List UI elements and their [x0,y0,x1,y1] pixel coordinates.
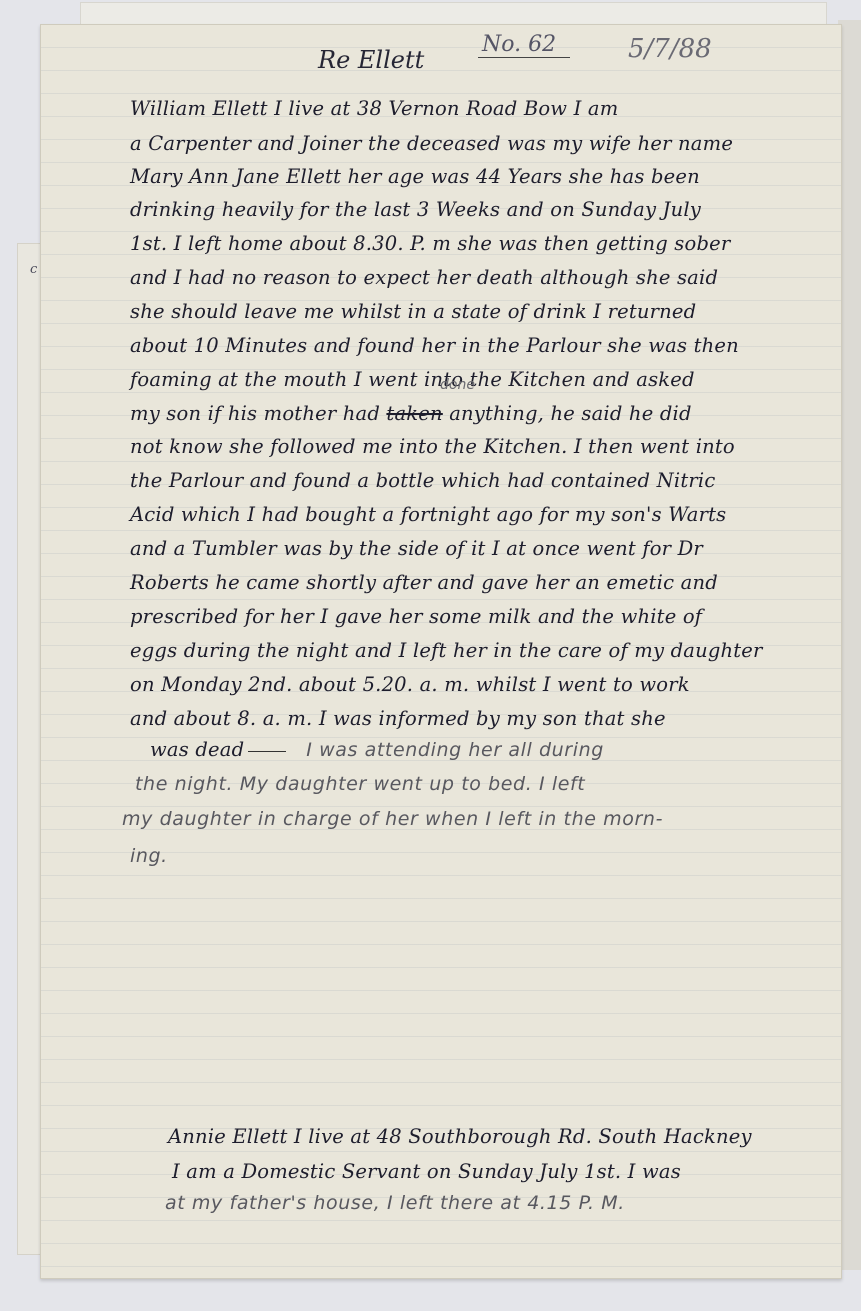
inserted-correction: done [440,377,475,393]
statement-line: Annie Ellett I live at 48 Southborough R… [168,1125,752,1148]
header-number: No. 62 [478,32,570,58]
statement-line: Acid which I had bought a fortnight ago … [130,503,726,526]
statement-line: was deadI was attending her all during [150,738,604,761]
statement-line: not know she followed me into the Kitche… [130,435,735,458]
statement-line: Roberts he came shortly after and gave h… [130,571,718,594]
statement-line: my son if his mother had taken anything,… [130,402,692,425]
pencil-addendum-line: ing. [130,845,168,867]
statement-line: and I had no reason to expect her death … [130,266,718,289]
statement-line: foaming at the mouth I went into the Kit… [130,368,695,391]
statement-line: and a Tumbler was by the side of it I at… [130,537,703,560]
statement-line: a Carpenter and Joiner the deceased was … [130,132,733,155]
statement-line: the Parlour and found a bottle which had… [130,469,715,492]
header-date: 5/7/88 [628,34,712,64]
statement-line: Mary Ann Jane Ellett her age was 44 Year… [130,165,700,188]
statement-line: on Monday 2nd. about 5.20. a. m. whilst … [130,673,690,696]
statement-line: 1st. I left home about 8.30. P. m she wa… [130,232,730,255]
statement-line: prescribed for her I gave her some milk … [130,605,702,628]
header-re: Re Ellett [318,46,424,74]
statement-line: about 10 Minutes and found her in the Pa… [130,334,739,357]
statement-line: she should leave me whilst in a state of… [130,300,696,323]
margin-mark: c [30,262,37,277]
statement-line: I am a Domestic Servant on Sunday July 1… [172,1160,681,1183]
pencil-addendum-line: I was attending her all during [306,739,604,761]
struck-word: taken [386,402,442,425]
statement-line-text: was dead [150,738,244,761]
pencil-addendum-line: my daughter in charge of her when I left… [122,808,663,830]
pencil-addendum-line: the night. My daughter went up to bed. I… [135,773,585,795]
statement-line: eggs during the night and I left her in … [130,639,763,662]
statement-line: William Ellett I live at 38 Vernon Road … [130,97,618,120]
statement-line: drinking heavily for the last 3 Weeks an… [130,198,701,221]
end-dash [248,751,286,752]
statement-line: at my father's house, I left there at 4.… [165,1192,625,1214]
statement-line: and about 8. a. m. I was informed by my … [130,707,666,730]
